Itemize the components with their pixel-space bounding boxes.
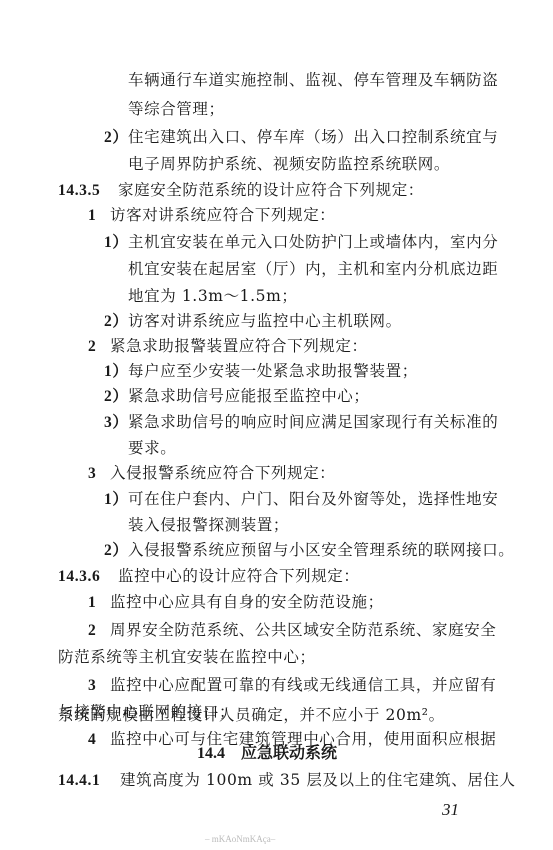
list-item: 2周界安全防范系统、公共区域安全防范系统、家庭安全 [88, 620, 496, 641]
clause-14-4-1: 14.4.1建筑高度为 100m 或 35 层及以上的住宅建筑、居住人 [58, 770, 516, 791]
text-line: 系统的规模由工程设计人员确定，并不应小于 20m²。 [58, 705, 445, 725]
list-item: 1）主机宜安装在单元入口处防护门上或墙体内，室内分 [104, 232, 498, 253]
list-item: 1）每户应至少安装一处紧急求助报警装置； [104, 361, 418, 382]
text-line: 要求。 [128, 438, 176, 458]
list-item: 2）访客对讲系统应与监控中心主机联网。 [104, 311, 402, 332]
text-line: 车辆通行车道实施控制、监视、停车管理及车辆防盗 [128, 70, 498, 90]
list-item: 2）紧急求助信号应能报至监控中心； [104, 386, 370, 407]
footer-watermark: – mKAoNmKAça– [205, 834, 275, 844]
text-line: 防范系统等主机宜安装在监控中心； [58, 647, 316, 667]
list-item: 2紧急求助报警装置应符合下列规定： [88, 336, 368, 357]
list-item: 2）住宅建筑出入口、停车库（场）出入口控制系统宜与 [104, 127, 498, 148]
text-line: 地宜为 1.3m～1.5m； [128, 286, 298, 306]
clause-14-3-5: 14.3.5家庭安全防范系统的设计应符合下列规定： [58, 180, 424, 201]
text-line: 电子周界防护系统、视频安防监控系统联网。 [128, 154, 450, 174]
text-line: 等综合管理； [128, 99, 225, 119]
page-number: 31 [442, 800, 459, 820]
list-item: 1监控中心应具有自身的安全防范设施； [88, 592, 384, 613]
clause-14-3-6: 14.3.6监控中心的设计应符合下列规定： [58, 566, 360, 587]
list-item: 2）入侵报警系统应预留与小区安全管理系统的联网接口。 [104, 540, 514, 561]
list-item: 1）可在住户套内、户门、阳台及外窗等处，选择性地安 [104, 489, 498, 510]
text-line: 装入侵报警探测装置； [128, 515, 289, 535]
list-item: 3监控中心应配置可靠的有线或无线通信工具，并应留有 [88, 675, 496, 696]
section-title: 14.4应急联动系统 [197, 740, 337, 763]
list-item: 3入侵报警系统应符合下列规定： [88, 463, 335, 484]
list-item: 1访客对讲系统应符合下列规定： [88, 205, 335, 226]
text-line: 机宜安装在起居室（厅）内，主机和室内分机底边距 [128, 259, 498, 279]
list-item: 3）紧急求助信号的响应时间应满足国家现行有关标准的 [104, 412, 498, 433]
